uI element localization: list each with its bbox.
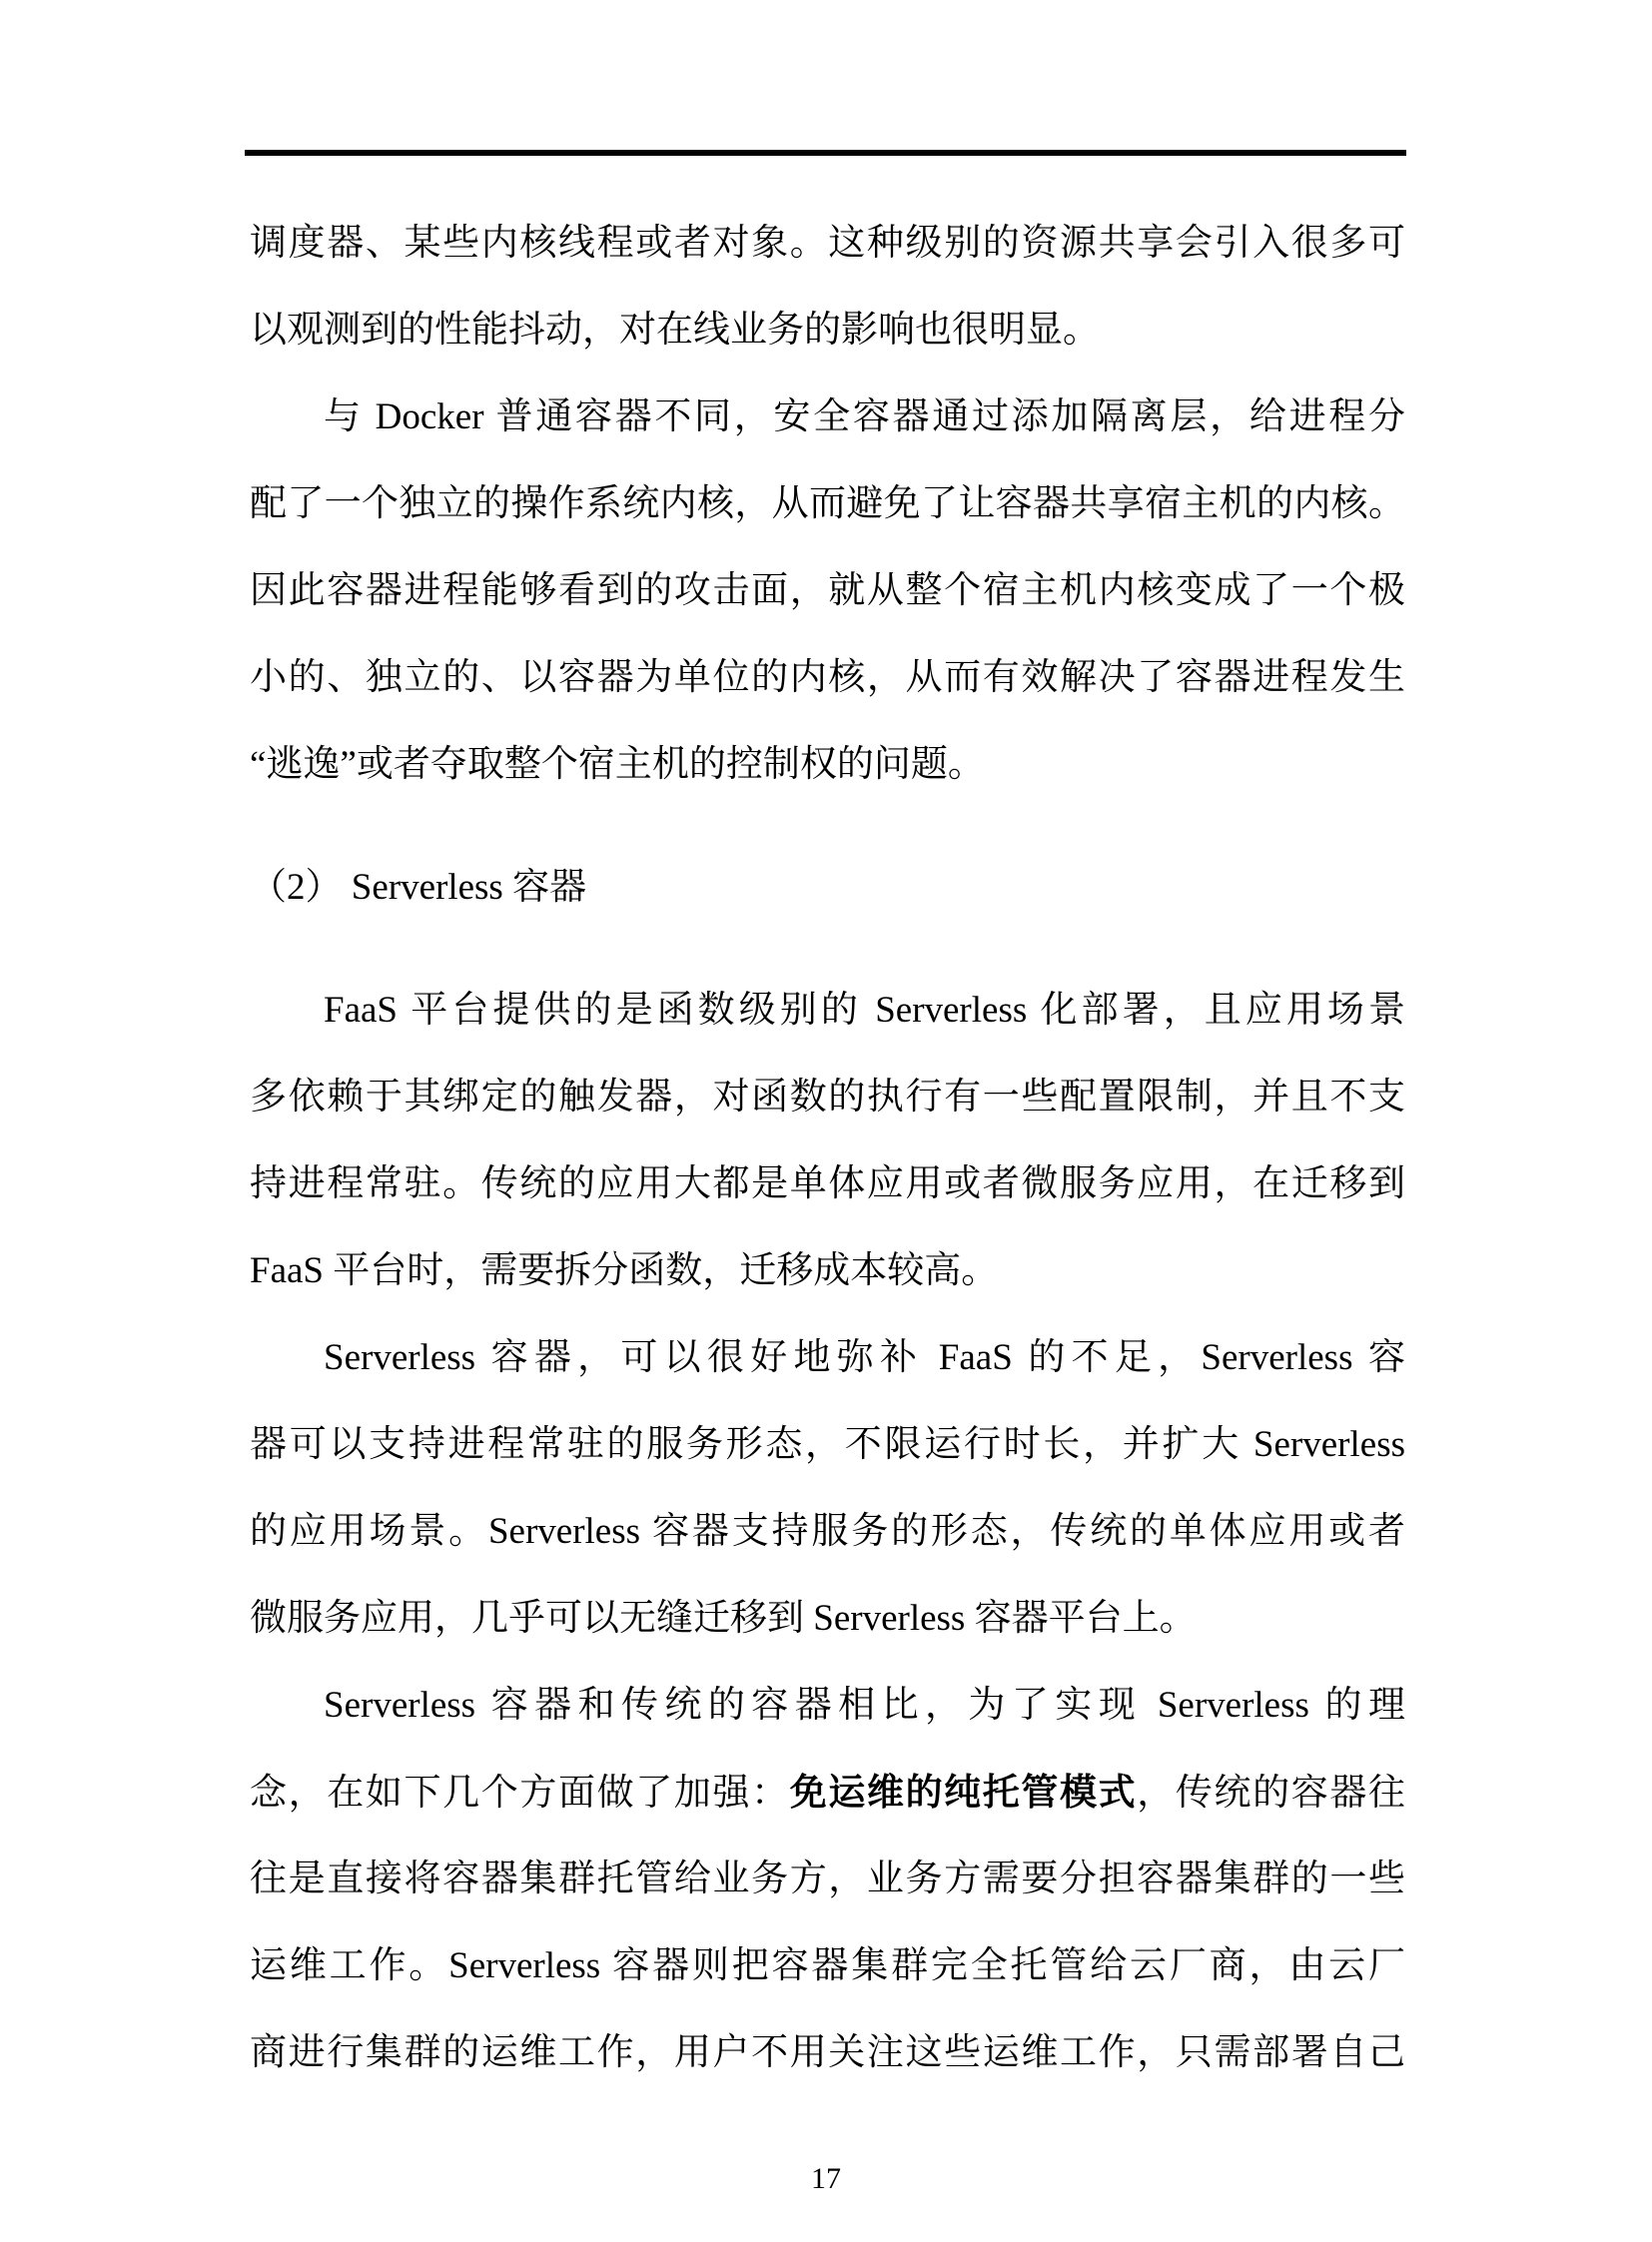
text-line: FaaS 平台提供的是函数级别的 Serverless 化部署，且应用场景 [250, 967, 1405, 1054]
paragraph: 与 Docker 普通容器不同，安全容器通过添加隔离层，给进程分配了一个独立的操… [250, 374, 1405, 808]
page-number: 17 [0, 2159, 1652, 2199]
text-line: 的应用场景。Serverless 容器支持服务的形态，传统的单体应用或者 [250, 1488, 1405, 1575]
paragraph: 调度器、某些内核线程或者对象。这种级别的资源共享会引入很多可以观测到的性能抖动，… [250, 200, 1405, 374]
text-line: Serverless 容器，可以很好地弥补 FaaS 的不足，Serverles… [250, 1314, 1405, 1401]
paragraph: Serverless 容器和传统的容器相比，为了实现 Serverless 的理… [250, 1662, 1405, 2096]
bold-emphasis: 免运维的纯托管模式 [790, 1772, 1138, 1813]
text-line: “逃逸”或者夺取整个宿主机的控制权的问题。 [250, 721, 1405, 808]
text-line: 念，在如下几个方面做了加强：免运维的纯托管模式，传统的容器往 [250, 1749, 1405, 1836]
document-body: 调度器、某些内核线程或者对象。这种级别的资源共享会引入很多可以观测到的性能抖动，… [250, 200, 1405, 2096]
text-line: FaaS 平台时，需要拆分函数，迁移成本较高。 [250, 1227, 1405, 1314]
text-line: 器可以支持进程常驻的服务形态，不限运行时长，并扩大 Serverless [250, 1401, 1405, 1488]
header-rule [245, 150, 1406, 156]
paragraph: Serverless 容器，可以很好地弥补 FaaS 的不足，Serverles… [250, 1314, 1405, 1662]
paragraph: FaaS 平台提供的是函数级别的 Serverless 化部署，且应用场景多依赖… [250, 967, 1405, 1314]
text-line: 与 Docker 普通容器不同，安全容器通过添加隔离层，给进程分 [250, 374, 1405, 460]
text-line: 配了一个独立的操作系统内核，从而避免了让容器共享宿主机的内核。 [250, 460, 1405, 547]
text-line: 小的、独立的、以容器为单位的内核，从而有效解决了容器进程发生 [250, 634, 1405, 721]
document-page: 调度器、某些内核线程或者对象。这种级别的资源共享会引入很多可以观测到的性能抖动，… [0, 0, 1652, 2242]
text-segment: 念，在如下几个方面做了加强： [250, 1773, 790, 1814]
text-line: Serverless 容器和传统的容器相比，为了实现 Serverless 的理 [250, 1662, 1405, 1749]
text-line: 因此容器进程能够看到的攻击面，就从整个宿主机内核变成了一个极 [250, 547, 1405, 634]
text-segment: ，传统的容器往 [1137, 1773, 1405, 1814]
section-heading: （2） Serverless 容器 [250, 844, 1405, 931]
text-line: 往是直接将容器集群托管给业务方，业务方需要分担容器集群的一些 [250, 1836, 1405, 1922]
text-line: 调度器、某些内核线程或者对象。这种级别的资源共享会引入很多可 [250, 200, 1405, 287]
text-line: 多依赖于其绑定的触发器，对函数的执行有一些配置限制，并且不支 [250, 1054, 1405, 1140]
text-line: 持进程常驻。传统的应用大都是单体应用或者微服务应用，在迁移到 [250, 1140, 1405, 1227]
text-line: 运维工作。Serverless 容器则把容器集群完全托管给云厂商，由云厂 [250, 1922, 1405, 2009]
text-line: 商进行集群的运维工作，用户不用关注这些运维工作，只需部署自己 [250, 2009, 1405, 2096]
text-line: 微服务应用，几乎可以无缝迁移到 Serverless 容器平台上。 [250, 1575, 1405, 1662]
text-line: 以观测到的性能抖动，对在线业务的影响也很明显。 [250, 287, 1405, 374]
